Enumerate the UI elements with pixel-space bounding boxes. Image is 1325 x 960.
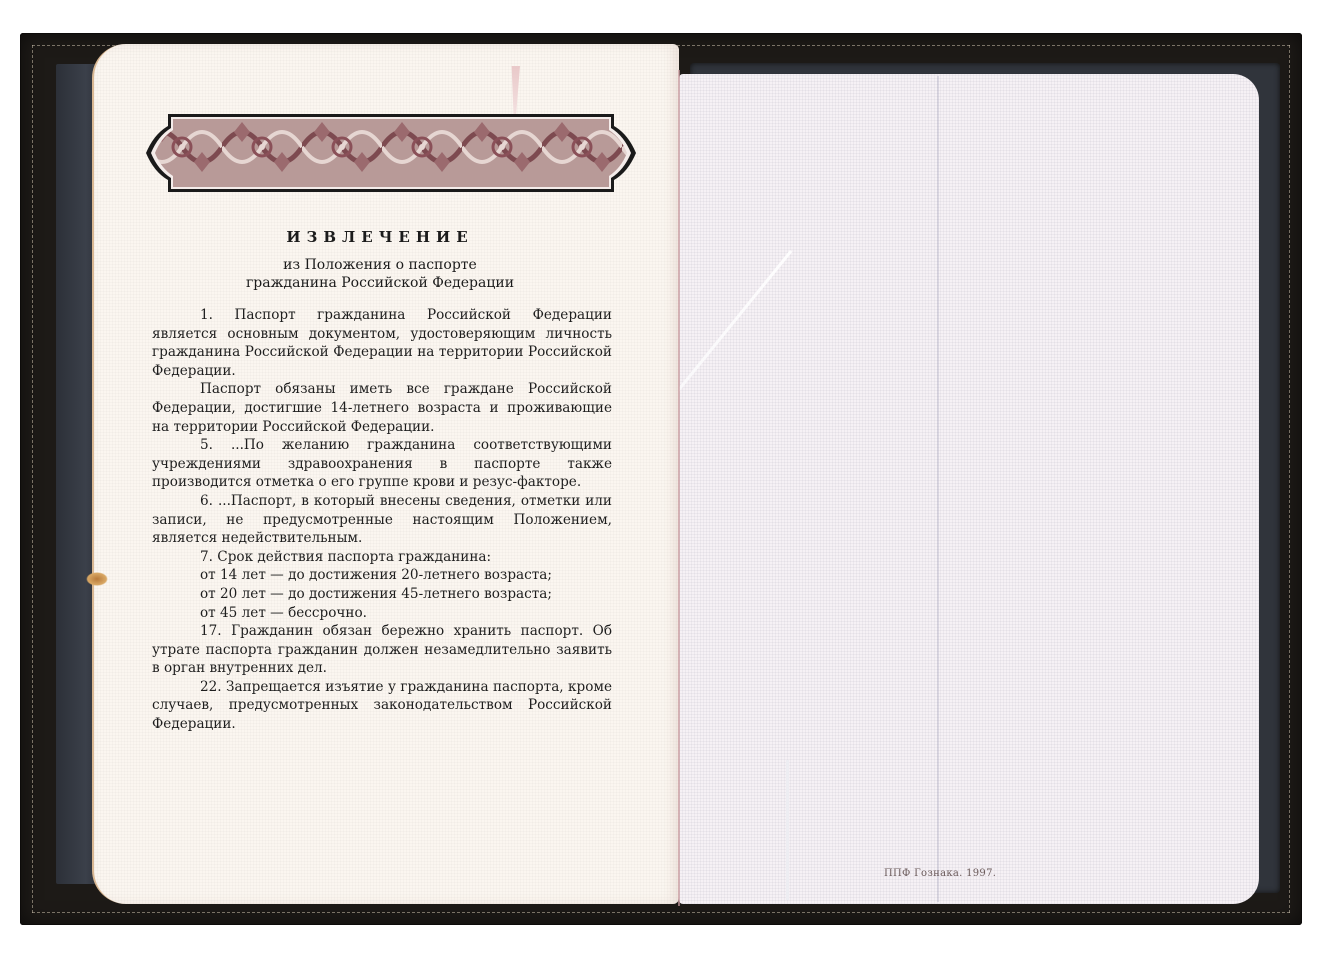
page-fold-line <box>937 76 939 902</box>
ornament-banner <box>142 112 640 194</box>
spine-line <box>678 70 680 906</box>
printer-imprint: ППФ Гознака. 1997. <box>884 868 996 879</box>
right-page <box>679 74 1259 904</box>
plastic-sleeve-edge-lower <box>786 760 789 900</box>
document-heading: ИЗВЛЕЧЕНИЕ <box>150 228 610 246</box>
document-subheading: из Положения о паспорте гражданина Росси… <box>150 256 610 292</box>
paragraph-1: 1. Паспорт гражданина Российской Федерац… <box>152 306 612 380</box>
regulation-text: 1. Паспорт гражданина Российской Федерац… <box>152 306 612 734</box>
paragraph-17: 17. Гражданин обязан бережно хранить пас… <box>152 622 612 678</box>
validity-term-3: от 45 лет — бессрочно. <box>152 604 612 623</box>
subheading-line-1: из Положения о паспорте <box>150 256 610 274</box>
stitching-left <box>32 45 33 913</box>
stitching-bottom <box>32 912 1290 913</box>
page-stain <box>86 572 108 586</box>
validity-term-1: от 14 лет — до достижения 20-летнего воз… <box>152 566 612 585</box>
paragraph-6: 6. ...Паспорт, в который внесены сведени… <box>152 492 612 548</box>
subheading-line-2: гражданина Российской Федерации <box>150 274 610 292</box>
paragraph-5: 5. ...По желанию гражданина соответствую… <box>152 436 612 492</box>
paragraph-1b: Паспорт обязаны иметь все граждане Росси… <box>152 380 612 436</box>
paragraph-22: 22. Запрещается изъятие у гражданина пас… <box>152 678 612 734</box>
paragraph-7: 7. Срок действия паспорта гражданина: <box>152 548 612 567</box>
validity-term-2: от 20 лет — до достижения 45-летнего воз… <box>152 585 612 604</box>
stitching-right <box>1289 45 1290 913</box>
